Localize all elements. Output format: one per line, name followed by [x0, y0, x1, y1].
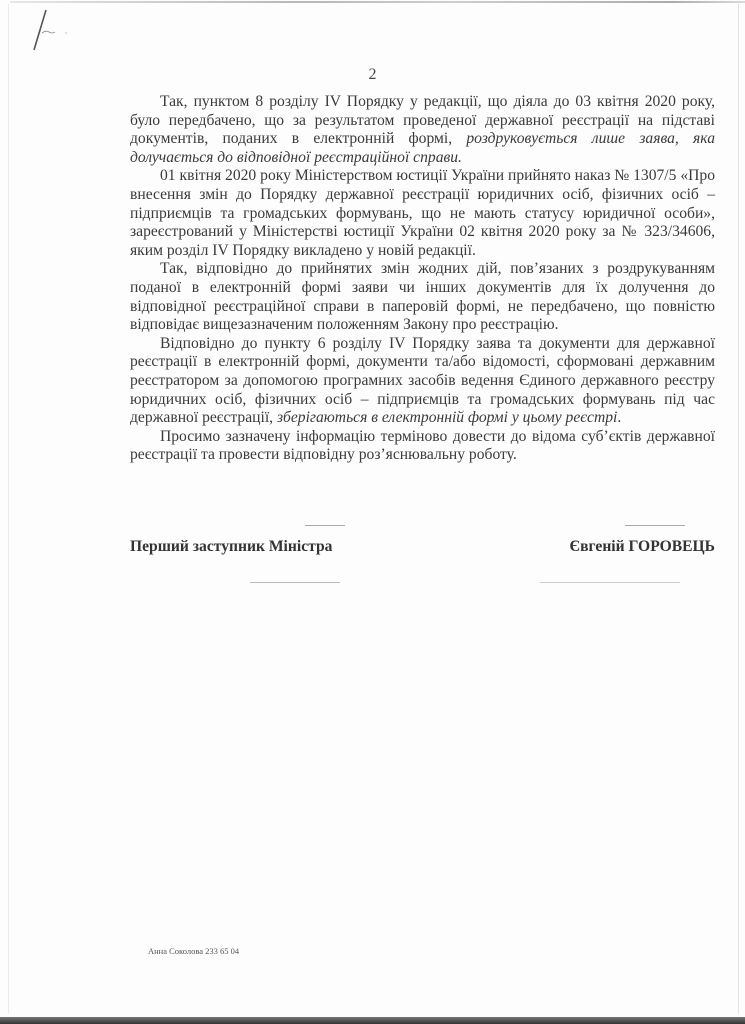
letter-body: Так, пунктом 8 розділу IV Порядку у реда…: [130, 93, 715, 465]
text-segment: Просимо зазначену інформацію терміново д…: [130, 428, 715, 464]
scan-edge-top: [10, 1, 745, 3]
scan-edge-bottom: [0, 1017, 745, 1024]
paragraph: Так, відповідно до прийнятих змін жодних…: [130, 260, 715, 334]
handwritten-mark-icon: [28, 6, 88, 51]
paragraph: Просимо зазначену інформацію терміново д…: [130, 428, 715, 465]
stamp-trace: [625, 525, 685, 526]
paragraph: Відповідно до пункту 6 розділу IV Порядк…: [130, 335, 715, 428]
text-segment: 01 квітня 2020 року Міністерством юстиці…: [130, 167, 715, 258]
signatory-position: Перший заступник Міністра: [130, 538, 332, 556]
paragraph: Так, пунктом 8 розділу IV Порядку у реда…: [130, 93, 715, 167]
stamp-trace: [305, 525, 345, 526]
signature-block: Перший заступник Міністра Євгеній ГОРОВЕ…: [130, 538, 715, 556]
paragraph: 01 квітня 2020 року Міністерством юстиці…: [130, 167, 715, 260]
stamp-trace: [250, 582, 340, 583]
text-segment: .: [617, 409, 621, 426]
executor-note: Анна Соколова 233 65 04: [148, 946, 239, 956]
stamp-trace: [540, 582, 680, 583]
scan-edge-left: [8, 4, 9, 1014]
signatory-name: Євгеній ГОРОВЕЦЬ: [570, 538, 715, 556]
emphasized-text: зберігаються в електронній формі у цьому…: [277, 409, 617, 426]
scan-edge-right: [738, 4, 739, 1014]
page-number: 2: [0, 66, 745, 84]
text-segment: Так, відповідно до прийнятих змін жодних…: [130, 260, 715, 333]
